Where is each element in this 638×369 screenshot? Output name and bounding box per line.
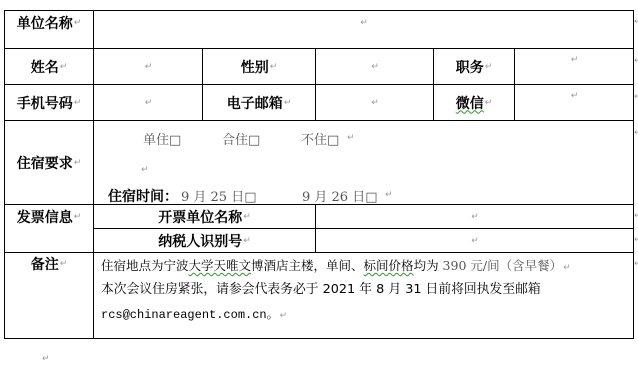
paragraph-mark: ↵ <box>60 259 68 269</box>
name-label-cell: 姓名↵ <box>5 49 93 84</box>
lodging-label: 住宿要求 <box>17 153 73 173</box>
paragraph-mark: ↵ <box>371 98 379 108</box>
invoice-label-cell: 发票信息↵ <box>5 205 93 229</box>
paragraph-mark: ↵ <box>634 56 638 66</box>
paragraph-mark: ↵ <box>485 62 493 72</box>
email-label-cell: 电子邮箱↵ <box>203 85 315 120</box>
unit-name-field[interactable]: ↵ <box>94 11 633 35</box>
gender-label-cell: 性别↵ <box>203 49 315 84</box>
paragraph-mark: ↵ <box>243 236 251 246</box>
lodging-option-single[interactable]: 单住□ <box>143 129 181 148</box>
paragraph-mark: ↵ <box>42 354 50 364</box>
paragraph-mark: ↵ <box>371 62 379 72</box>
paragraph-mark: ↵ <box>471 236 479 246</box>
email-field[interactable]: ↵ <box>316 85 433 120</box>
paragraph-mark: ↵ <box>280 311 288 321</box>
taxpayer-id-label-cell: 纳税人识别号↵ <box>94 229 315 252</box>
paragraph-mark: ↵ <box>74 98 82 108</box>
remarks-line-3-email: rcs@chinareagent.com.cn。↵ <box>101 307 287 324</box>
name-label: 姓名 <box>31 57 59 77</box>
paragraph-mark: ↵ <box>471 212 479 222</box>
paragraph-mark: ↵ <box>145 62 153 72</box>
phone-field[interactable]: ↵ <box>94 85 202 120</box>
unit-name-label-cell: 单位名称↵ <box>5 11 93 35</box>
paragraph-mark: ↵ <box>360 18 368 28</box>
lodging-time-label: 住宿时间： <box>108 186 178 206</box>
gender-field[interactable]: ↵ <box>316 49 433 84</box>
name-field[interactable]: ↵ <box>94 49 202 84</box>
lodging-option-shared[interactable]: 合住□ <box>222 129 260 148</box>
paragraph-mark: ↵ <box>270 62 278 72</box>
paragraph-mark: ↵ <box>563 263 571 273</box>
invoice-title-field[interactable]: ↵ <box>316 205 633 228</box>
paragraph-mark: ↵ <box>141 165 149 175</box>
wechat-label-cell: 微信↵ <box>434 85 514 120</box>
paragraph-mark: ↵ <box>74 158 82 168</box>
taxpayer-id-label: 纳税人识别号 <box>158 231 242 251</box>
taxpayer-id-field[interactable]: ↵ <box>316 229 633 252</box>
remarks-line-2: 本次会议住房紧张，请参会代表务必于 2021 年 8 月 31 日前将回执发至邮… <box>101 282 541 298</box>
paragraph-mark: ↵ <box>347 133 355 143</box>
paragraph-mark: ↵ <box>634 235 638 245</box>
gender-label: 性别 <box>241 57 269 77</box>
invoice-title-label: 开票单位名称 <box>158 207 242 227</box>
invoice-label: 发票信息 <box>17 207 73 227</box>
remarks-label-cell: 备注↵ <box>5 254 93 274</box>
paragraph-mark: ↵ <box>74 212 82 222</box>
wechat-label: 微信 <box>456 93 484 113</box>
paragraph-mark: ↵ <box>74 18 82 28</box>
paragraph-mark: ↵ <box>145 98 153 108</box>
position-label: 职务 <box>456 57 484 77</box>
paragraph-mark: ↵ <box>243 212 251 222</box>
paragraph-mark: ↵ <box>634 128 638 138</box>
paragraph-mark: ↵ <box>634 211 638 221</box>
paragraph-mark: ↵ <box>571 55 579 65</box>
paragraph-mark: ↵ <box>634 17 638 27</box>
wechat-field[interactable]: ↵ <box>515 85 633 120</box>
remarks-label: 备注 <box>31 254 59 274</box>
email-label: 电子邮箱 <box>227 93 283 113</box>
table-border-bottom <box>4 338 634 339</box>
phone-label: 手机号码 <box>17 93 73 113</box>
phone-label-cell: 手机号码↵ <box>5 85 93 120</box>
position-field[interactable]: ↵ <box>515 49 633 84</box>
paragraph-mark: ↵ <box>284 98 292 108</box>
unit-name-label: 单位名称 <box>17 13 73 33</box>
lodging-label-cell: 住宿要求↵ <box>5 121 93 204</box>
paragraph-mark: ↵ <box>60 62 68 72</box>
row-divider <box>4 120 634 121</box>
paragraph-mark: ↵ <box>634 92 638 102</box>
lodging-option-none[interactable]: 不住□ <box>301 129 339 148</box>
remarks-line-1: 住宿地点为宁波大学天唯文博酒店主楼，单间、标间价格均为 390 元/间（含早餐）… <box>101 258 571 276</box>
invoice-title-label-cell: 开票单位名称↵ <box>94 205 315 228</box>
lodging-date-25[interactable]: 9 月 25 日□ <box>181 186 257 205</box>
paragraph-mark: ↵ <box>571 91 579 101</box>
paragraph-mark: ↵ <box>385 190 393 200</box>
paragraph-mark: ↵ <box>634 259 638 269</box>
lodging-date-26[interactable]: 9 月 26 日□ <box>302 186 378 205</box>
position-label-cell: 职务↵ <box>434 49 514 84</box>
paragraph-mark: ↵ <box>485 98 493 108</box>
row-divider <box>4 252 634 253</box>
